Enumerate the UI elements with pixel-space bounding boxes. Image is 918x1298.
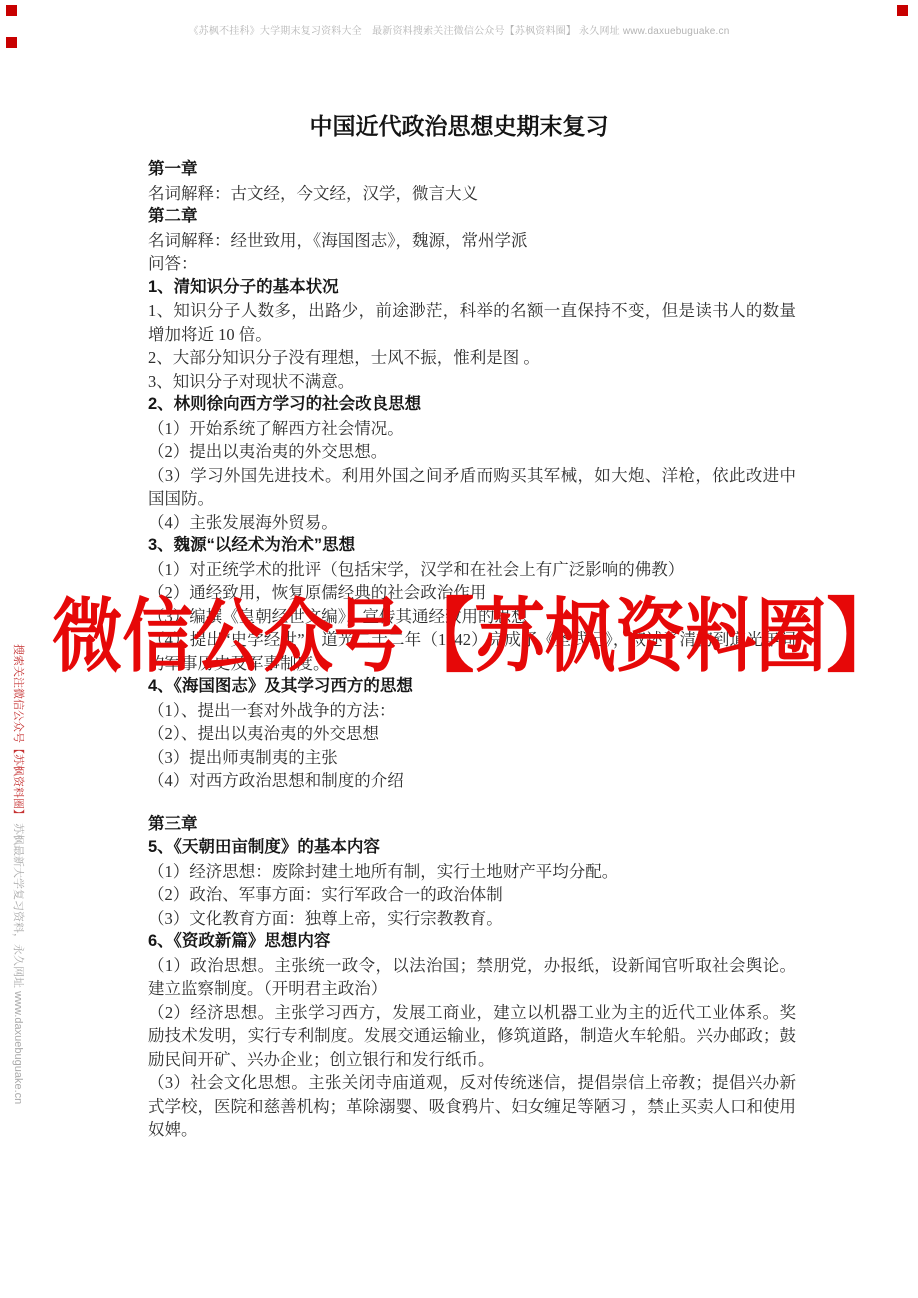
paragraph: 名词解释：经世致用，《海国图志》，魏源，常州学派 — [148, 229, 796, 253]
paragraph: （2）提出以夷治夷的外交思想。 — [148, 440, 796, 464]
paragraph: 名词解释：古文经，今文经，汉学，微言大义 — [148, 182, 796, 206]
paragraph: （3）文化教育方面：独尊上帝，实行宗教教育。 — [148, 907, 796, 931]
paragraph: 2、大部分知识分子没有理想，士风不振，惟利是图 。 — [148, 346, 796, 370]
side-watermark-gray-text: 苏枫最新大学复习资料，永久网址 www.daxuebuguake.cn — [12, 823, 24, 1104]
paragraph: （1）、提出一套对外战争的方法： — [148, 699, 796, 723]
paragraph: （2）、提出以夷治夷的外交思想 — [148, 722, 796, 746]
document-body: 第一章名词解释：古文经，今文经，汉学，微言大义第二章名词解释：经世致用，《海国图… — [148, 158, 796, 1142]
paragraph: 1、知识分子人数多，出路少，前途渺茫，科举的名额一直保持不变，但是读书人的数量增… — [148, 299, 796, 346]
red-corner-mark-top-right — [897, 5, 908, 16]
document-title: 中国近代政治思想史期末复习 — [0, 108, 918, 141]
section-heading: 4、《海国图志》及其学习西方的思想 — [148, 675, 796, 699]
section-heading: 第三章 — [148, 813, 796, 837]
paragraph: （4）对西方政治思想和制度的介绍 — [148, 769, 796, 793]
section-heading: 2、林则徐向西方学习的社会改良思想 — [148, 393, 796, 417]
page-header-note: 《苏枫不挂科》大学期末复习资料大全 最新资料搜索关注微信公众号【苏枫资料圈】 永… — [0, 22, 918, 37]
red-corner-mark-left — [6, 37, 17, 48]
paragraph: （2）政治、军事方面：实行军政合一的政治体制 — [148, 883, 796, 907]
section-heading: 5、《天朝田亩制度》的基本内容 — [148, 836, 796, 860]
paragraph: （1）对正统学术的批评（包括宋学，汉学和在社会上有广泛影响的佛教） — [148, 558, 796, 582]
paragraph: （4）主张发展海外贸易。 — [148, 511, 796, 535]
paragraph: （2）通经致用，恢复原儒经典的社会政治作用 — [148, 581, 796, 605]
paragraph: （3）学习外国先进技术。利用外国之间矛盾而购买其军械，如大炮、洋枪，依此改进中国… — [148, 464, 796, 511]
paragraph: （1）政治思想。主张统一政令，以法治国；禁朋党，办报纸，设新闻官听取社会舆论。建… — [148, 954, 796, 1001]
paragraph: （2）经济思想。主张学习西方，发展工商业，建立以机器工业为主的近代工业体系。奖励… — [148, 1001, 796, 1072]
section-heading: 第一章 — [148, 158, 796, 182]
section-heading: 第二章 — [148, 205, 796, 229]
paragraph: （3）编撰《皇朝经世文编》，宣传其通经致用的思想 — [148, 605, 796, 629]
side-watermark-red-text: 搜索关注微信公众号【苏枫资料圈】 — [12, 644, 24, 820]
section-heading: 1、清知识分子的基本状况 — [148, 276, 796, 300]
paragraph: （3）社会文化思想。主张关闭寺庙道观，反对传统迷信，提倡崇信上帝教；提倡兴办新式… — [148, 1071, 796, 1142]
paragraph: 3、知识分子对现状不满意。 — [148, 370, 796, 394]
section-heading: 3、魏源“以经术为治术”思想 — [148, 534, 796, 558]
side-watermark: 搜索关注微信公众号【苏枫资料圈】 苏枫最新大学复习资料，永久网址 www.dax… — [11, 644, 25, 1104]
section-heading: 6、《资政新篇》思想内容 — [148, 930, 796, 954]
paragraph: 问答： — [148, 252, 796, 276]
paragraph: （1）经济思想：废除封建土地所有制，实行土地财产平均分配。 — [148, 860, 796, 884]
red-corner-mark-top-left — [6, 5, 17, 16]
paragraph: （4）提出“史学经世”，道光二十二年（1842）完成了《圣武记》，叙述了清初到道… — [148, 628, 796, 675]
paragraph: （3）提出师夷制夷的主张 — [148, 746, 796, 770]
document-page: 《苏枫不挂科》大学期末复习资料大全 最新资料搜索关注微信公众号【苏枫资料圈】 永… — [0, 0, 918, 1298]
paragraph: （1）开始系统了解西方社会情况。 — [148, 417, 796, 441]
